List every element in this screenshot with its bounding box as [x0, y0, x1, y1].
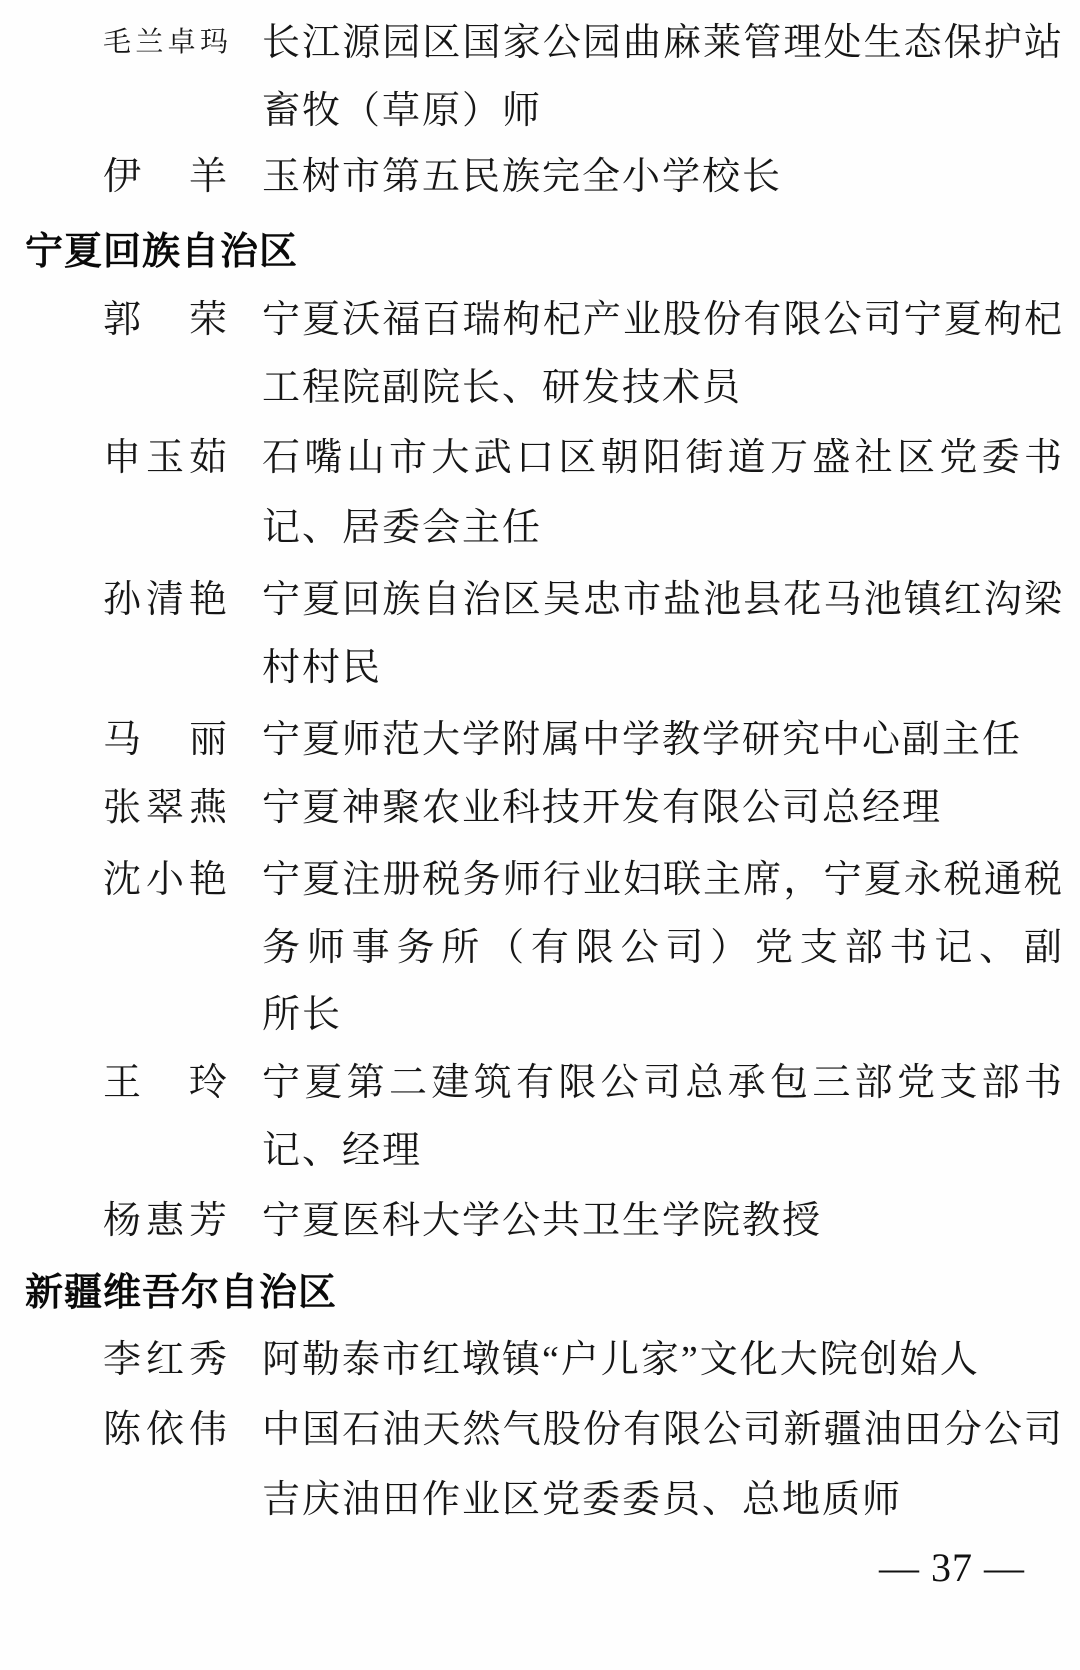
entry-row: 务师事务所（有限公司）党支部书记、副: [0, 914, 1080, 982]
entry-name: 张翠燕: [103, 774, 229, 842]
entry-name: 毛兰卓玛: [103, 9, 229, 77]
entry-position-text: 宁夏师范大学附属中学教学研究中心副主任: [262, 706, 1064, 774]
entry-name: 李红秀: [103, 1326, 229, 1394]
entry-row: 村村民: [0, 634, 1080, 702]
entry-position-text: 记、居委会主任: [262, 494, 1064, 562]
section-header-row: 新疆维吾尔自治区: [0, 1259, 1080, 1327]
entry-position-text: 宁夏沃福百瑞枸杞产业股份有限公司宁夏枸杞: [262, 286, 1064, 354]
entry-position-text: 村村民: [262, 634, 1064, 702]
entry-row: 申玉茹石嘴山市大武口区朝阳街道万盛社区党委书: [0, 424, 1080, 492]
entry-row: 记、经理: [0, 1117, 1080, 1185]
entry-position-text: 宁夏第二建筑有限公司总承包三部党支部书: [262, 1049, 1064, 1117]
entry-name: 沈小艳: [103, 846, 229, 914]
entry-position-text: 玉树市第五民族完全小学校长: [262, 143, 1064, 211]
entry-position-text: 畜牧（草原）师: [262, 77, 1064, 145]
entry-position-text: 宁夏回族自治区吴忠市盐池县花马池镇红沟梁: [262, 566, 1064, 634]
entry-name: 伊 羊: [103, 143, 229, 211]
entry-position-text: 长江源园区国家公园曲麻莱管理处生态保护站: [262, 9, 1064, 77]
entry-row: 王 玲宁夏第二建筑有限公司总承包三部党支部书: [0, 1049, 1080, 1117]
entry-position-text: 石嘴山市大武口区朝阳街道万盛社区党委书: [262, 424, 1064, 492]
entry-name: 郭 荣: [103, 286, 229, 354]
entry-row: 工程院副院长、研发技术员: [0, 354, 1080, 422]
entry-position-text: 务师事务所（有限公司）党支部书记、副: [262, 914, 1064, 982]
entry-position-text: 宁夏注册税务师行业妇联主席，宁夏永税通税: [262, 846, 1064, 914]
entry-row: 吉庆油田作业区党委委员、总地质师: [0, 1466, 1080, 1534]
entry-row: 畜牧（草原）师: [0, 77, 1080, 145]
entry-row: 孙清艳宁夏回族自治区吴忠市盐池县花马池镇红沟梁: [0, 566, 1080, 634]
entry-position-text: 工程院副院长、研发技术员: [262, 354, 1064, 422]
entry-row: 杨惠芳宁夏医科大学公共卫生学院教授: [0, 1187, 1080, 1255]
section-header-row: 宁夏回族自治区: [0, 218, 1080, 286]
entry-row: 张翠燕宁夏神聚农业科技开发有限公司总经理: [0, 774, 1080, 842]
entry-name: 杨惠芳: [103, 1187, 229, 1255]
entry-position-text: 宁夏神聚农业科技开发有限公司总经理: [262, 774, 1064, 842]
entry-row: 李红秀阿勒泰市红墩镇“户儿家”文化大院创始人: [0, 1326, 1080, 1394]
entry-position-text: 记、经理: [262, 1117, 1064, 1185]
entry-name: 马 丽: [103, 706, 229, 774]
entry-row: 所长: [0, 981, 1080, 1049]
entry-row: 毛兰卓玛长江源园区国家公园曲麻莱管理处生态保护站: [0, 9, 1080, 77]
page-number: — 37 —: [879, 1534, 1025, 1602]
entry-position-text: 宁夏医科大学公共卫生学院教授: [262, 1187, 1064, 1255]
entry-row: 沈小艳宁夏注册税务师行业妇联主席，宁夏永税通税: [0, 846, 1080, 914]
entry-position-text: 吉庆油田作业区党委委员、总地质师: [262, 1466, 1064, 1534]
entry-name: 王 玲: [103, 1049, 229, 1117]
entry-position-text: 中国石油天然气股份有限公司新疆油田分公司: [262, 1396, 1064, 1464]
section-header-label: 新疆维吾尔自治区: [25, 1259, 337, 1327]
entry-name: 陈依伟: [103, 1396, 229, 1464]
document-page: 毛兰卓玛长江源园区国家公园曲麻莱管理处生态保护站畜牧（草原）师伊 羊玉树市第五民…: [0, 0, 1080, 1670]
entry-row: 记、居委会主任: [0, 494, 1080, 562]
entry-name: 申玉茹: [103, 424, 229, 492]
entry-row: 马 丽宁夏师范大学附属中学教学研究中心副主任: [0, 706, 1080, 774]
entry-row: 郭 荣宁夏沃福百瑞枸杞产业股份有限公司宁夏枸杞: [0, 286, 1080, 354]
entry-name: 孙清艳: [103, 566, 229, 634]
entry-row: 伊 羊玉树市第五民族完全小学校长: [0, 143, 1080, 211]
entry-position-text: 所长: [262, 981, 1064, 1049]
entry-row: 陈依伟中国石油天然气股份有限公司新疆油田分公司: [0, 1396, 1080, 1464]
section-header-label: 宁夏回族自治区: [25, 218, 298, 286]
entry-position-text: 阿勒泰市红墩镇“户儿家”文化大院创始人: [262, 1326, 1064, 1394]
